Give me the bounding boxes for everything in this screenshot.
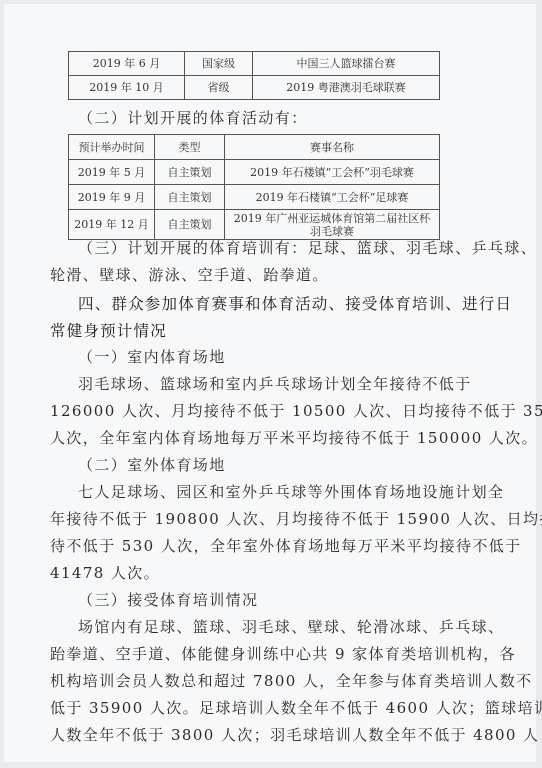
- paragraph-line: 机构培训会员人数总和超过 7800 人，全年参与体育类培训人数不: [50, 670, 533, 691]
- subsection-heading-outdoor: （二）室外体育场地: [78, 454, 226, 475]
- table-row: 2019 年 10 月 省级 2019 粤港澳羽毛球联赛: [69, 76, 440, 100]
- table-row: 2019 年 9 月 自主策划 2019 年石楼镇“工会杯”足球赛: [69, 185, 440, 210]
- paragraph-line: 41478 人次。: [50, 562, 160, 583]
- table-cell-name: 2019 年石楼镇“工会杯”羽毛球赛: [225, 160, 440, 185]
- table-cell-type: 自主策划: [155, 160, 225, 185]
- table-cell-level: 省级: [185, 76, 253, 100]
- table-cell-type: 自主策划: [155, 210, 225, 240]
- paragraph-line: 待不低于 530 人次，全年室外体育场地每万平米平均接待不低于: [50, 535, 522, 556]
- subsection-heading-indoor: （一）室内体育场地: [78, 346, 226, 367]
- table-row: 2019 年 12 月 自主策划 2019 年广州亚运城体育馆第二届社区杯 羽毛…: [69, 210, 440, 240]
- table-cell-name-line1: 2019 年广州亚运城体育馆第二届社区杯: [225, 212, 439, 225]
- section-heading-planned-activities: （二）计划开展的体育活动有：: [78, 107, 308, 128]
- planned-activities-table: 预计举办时间 类型 赛事名称 2019 年 5 月 自主策划 2019 年石楼镇…: [68, 134, 440, 240]
- paragraph-line: 人数全年不低于 3800 人次；羽毛球培训人数全年不低于 4800 人: [50, 724, 539, 745]
- table-row: 2019 年 5 月 自主策划 2019 年石楼镇“工会杯”羽毛球赛: [69, 160, 440, 185]
- table-cell-date: 2019 年 12 月: [69, 210, 155, 240]
- paragraph-line: 跆拳道、空手道、体能健身训练中心共 9 家体育类培训机构，各: [50, 643, 516, 664]
- table-cell-date: 2019 年 5 月: [69, 160, 155, 185]
- chapter-heading: 四、群众参加体育赛事和体育活动、接受体育培训、进行日: [78, 292, 512, 314]
- table-cell-date: 2019 年 9 月: [69, 185, 155, 210]
- table-header-name: 赛事名称: [225, 135, 440, 160]
- table-cell-name: 中国三人篮球擂台赛: [253, 52, 440, 76]
- paragraph-line: 年接待不低于 190800 人次、月均接待不低于 15900 人次、日均接: [50, 508, 542, 529]
- events-held-table: 2019 年 6 月 国家级 中国三人篮球擂台赛 2019 年 10 月 省级 …: [68, 51, 440, 100]
- chapter-heading: 常健身预计情况: [50, 319, 167, 341]
- paragraph-line: 场馆内有足球、篮球、羽毛球、壁球、轮滑冰球、乒乓球、: [78, 616, 504, 637]
- table-cell-date: 2019 年 10 月: [69, 76, 185, 100]
- paragraph-line: 羽毛球场、篮球场和室内乒乓球场计划全年接待不低于: [78, 373, 472, 394]
- table-header-type: 类型: [155, 135, 225, 160]
- table-cell-name: 2019 年石楼镇“工会杯”足球赛: [225, 185, 440, 210]
- paragraph-line: 126000 人次、月均接待不低于 10500 人次、日均接待不低于 350: [50, 400, 542, 421]
- table-header-row: 预计举办时间 类型 赛事名称: [69, 135, 440, 160]
- table-cell-name-line2: 羽毛球赛: [225, 225, 439, 238]
- document-page: 2019 年 6 月 国家级 中国三人篮球擂台赛 2019 年 10 月 省级 …: [4, 4, 536, 762]
- table-cell-name: 2019 粤港澳羽毛球联赛: [253, 76, 440, 100]
- table-row: 2019 年 6 月 国家级 中国三人篮球擂台赛: [69, 52, 440, 76]
- table-cell-name: 2019 年广州亚运城体育馆第二届社区杯 羽毛球赛: [225, 210, 440, 240]
- table-cell-type: 自主策划: [155, 185, 225, 210]
- table-header-date: 预计举办时间: [69, 135, 155, 160]
- paragraph-line: 人次，全年室内体育场地每万平米平均接待不低于 150000 人次。: [50, 427, 538, 448]
- paragraph-line: 低于 35900 人次。足球培训人数全年不低于 4600 人次；篮球培训: [50, 697, 542, 718]
- paragraph-line: （三）计划开展的体育培训有：足球、篮球、羽毛球、乒乓球、: [78, 237, 537, 258]
- paragraph-line: 七人足球场、园区和室外乒乓球等外围体育场地设施计划全: [78, 481, 504, 502]
- table-cell-level: 国家级: [185, 52, 253, 76]
- table-cell-date: 2019 年 6 月: [69, 52, 185, 76]
- paragraph-line: 轮滑、壁球、游泳、空手道、跆拳道。: [50, 264, 329, 285]
- subsection-heading-training: （三）接受体育培训情况: [78, 589, 258, 610]
